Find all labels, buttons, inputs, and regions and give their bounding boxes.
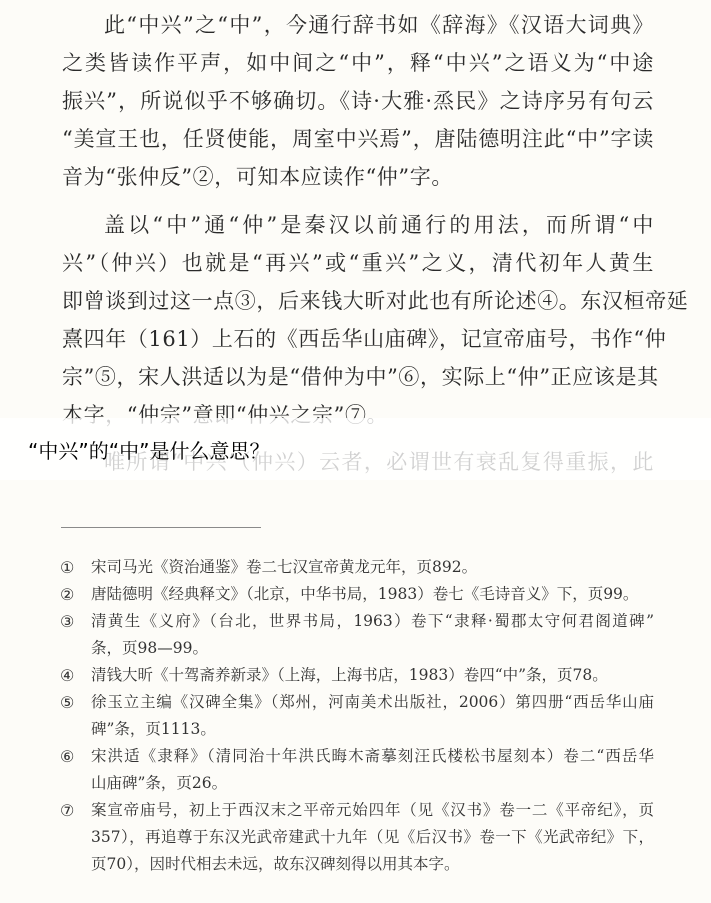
body-text-line: “美宣王也，任贤使能，周室中兴焉”，唐陆德明注此“中”字读 <box>62 120 654 158</box>
body-text-line: 兴”（仲兴）也就是“再兴”或“重兴”之义，清代初年人黄生 <box>62 244 654 282</box>
body-text-line: 音为“张仲反”②，可知本应读作“仲”字。 <box>62 158 654 196</box>
footnote-text: 徐玉立主编《汉碑全集》（郑州，河南美术出版社，2006）第四册“西岳华山庙 <box>91 689 654 716</box>
footnote-text: 宋司马光《资治通鉴》卷二七汉宣帝黄龙元年，页892。 <box>91 554 654 581</box>
footnote-text: 357），再追尊于东汉光武帝建武十九年（见《后汉书》卷一下《光武帝纪》下， <box>91 824 654 851</box>
footnote-number: ⑦ <box>60 797 82 824</box>
footnote-number: ① <box>60 554 82 581</box>
footnote-text: 碑”条，页1113。 <box>91 716 654 743</box>
question-caption: “中兴”的“中”是什么意思？ <box>28 436 269 466</box>
footnote-number: ⑤ <box>60 689 82 716</box>
body-text-line: 振兴”，所说似乎不够确切。《诗·大雅·烝民》之诗序另有句云 <box>62 82 654 120</box>
footnote-text: 宋洪适《隶释》（清同治十年洪氏晦木斋摹刻汪氏楼松书屋刻本）卷二“西岳华 <box>91 743 654 770</box>
body-text-line: 之类皆读作平声，如中间之“中”，释“中兴”之语义为“中途 <box>62 44 654 82</box>
body-text-line: 此“中兴”之“中”，今通行辞书如《辞海》《汉语大词典》 <box>104 6 654 44</box>
footnote-text: 山庙碑”条，页26。 <box>91 770 654 797</box>
body-text-line: 盖以“中”通“仲”是秦汉以前通行的用法，而所谓“中 <box>104 206 654 244</box>
footnote-number: ⑥ <box>60 743 82 770</box>
footnote-number: ③ <box>60 608 82 635</box>
footnote-text: 页70），因时代相去未远，故东汉碑刻得以用其本字。 <box>91 851 654 878</box>
footnote-text: 清钱大昕《十驾斋养新录》（上海，上海书店，1983）卷四“中”条，页78。 <box>91 662 654 689</box>
body-text-line: 即曾谈到过这一点③，后来钱大昕对此也有所论述④。东汉桓帝延 <box>62 282 654 320</box>
footnote-text: 唐陆德明《经典释文》（北京，中华书局，1983）卷七《毛诗音义》下，页99。 <box>91 581 654 608</box>
body-text-line: 宗”⑤，宋人洪适以为是“借仲为中”⑥，实际上“仲”正应该是其 <box>62 358 654 396</box>
footnote-number: ④ <box>60 662 82 689</box>
footnote-text: 案宣帝庙号，初上于西汉末之平帝元始四年（见《汉书》卷一二《平帝纪》，页 <box>91 797 654 824</box>
footnote-text: 清黄生《义府》（台北，世界书局，1963）卷下“隶释·蜀郡太守何君阁道碑” <box>91 608 654 635</box>
footnote-number: ② <box>60 581 82 608</box>
body-text-line: 熹四年（161）上石的《西岳华山庙碑》，记宣帝庙号，书作“仲 <box>62 320 654 358</box>
footnote-text: 条，页98—99。 <box>91 635 654 662</box>
scanned-book-page: 此“中兴”之“中”，今通行辞书如《辞海》《汉语大词典》 之类皆读作平声，如中间之… <box>0 0 711 903</box>
footnote-separator <box>61 527 261 528</box>
